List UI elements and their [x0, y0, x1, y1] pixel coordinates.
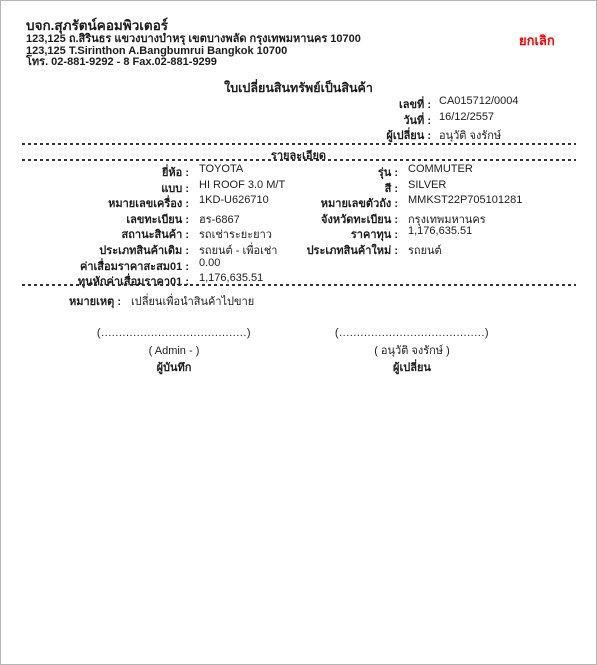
- doc-changer-label: ผู้เปลี่ยน :: [1, 126, 431, 144]
- net-book-value-label: ทุนหักค่าเสื่อมราคา01 :: [1, 272, 189, 290]
- remark-label: หมายเหตุ :: [1, 292, 121, 310]
- signature-name: ( อนุวัติ จงรักษ์ ): [327, 342, 497, 360]
- company-phone-fax: โทร. 02-881-9292 - 8 Fax.02-881-9299: [26, 57, 217, 69]
- details-section-header: รายละเอียด: [1, 146, 596, 164]
- remark-value: เปลี่ยนเพื่อนำสินค้าไปขาย: [131, 292, 254, 310]
- details-grid: ยี่ห้อ : TOYOTA รุ่น : COMMUTER แบบ : HI…: [1, 163, 596, 288]
- table-row: เลขทะเบียน : ฮร-6867 จังหวัดทะเบียน : กร…: [1, 210, 596, 226]
- doc-date-value: 16/12/2557: [439, 111, 494, 123]
- cancelled-stamp: ยกเลิก: [519, 30, 555, 51]
- doc-number-row: เลขที่ : CA015712/0004: [1, 95, 596, 111]
- table-row: ค่าเสื่อมราคาสะสม01 : 0.00: [1, 257, 596, 273]
- signature-recorder: (.......................................…: [89, 324, 259, 377]
- dashed-separator-top: [22, 143, 576, 145]
- chassis-number-value: MMKST22P705101281: [408, 194, 522, 206]
- signature-role: ผู้เปลี่ยน: [327, 360, 497, 377]
- remark-row: หมายเหตุ : เปลี่ยนเพื่อนำสินค้าไปขาย: [1, 292, 596, 308]
- cost-price-value: 1,176,635.51: [408, 225, 472, 237]
- signature-name: ( Admin - ): [89, 342, 259, 360]
- doc-changer-value: อนุวัติ จงรักษ์: [439, 126, 501, 144]
- signature-dotted-line: (.......................................…: [327, 324, 497, 342]
- model-value: COMMUTER: [408, 163, 473, 175]
- table-row: สถานะสินค้า : รถเช่าระยะยาว ราคาทุน : 1,…: [1, 225, 596, 241]
- dashed-separator-remark: [22, 284, 576, 286]
- signature-dotted-line: (.......................................…: [89, 324, 259, 342]
- doc-date-row: วันที่ : 16/12/2557: [1, 111, 596, 127]
- signature-changer: (.......................................…: [327, 324, 497, 377]
- document-page: บจก.สุภรัตน์คอมพิวเตอร์ 123,125 ถ.สิรินธ…: [0, 0, 597, 665]
- table-row: ยี่ห้อ : TOYOTA รุ่น : COMMUTER: [1, 163, 596, 179]
- document-info-block: เลขที่ : CA015712/0004 วันที่ : 16/12/25…: [1, 95, 596, 142]
- table-row: หมายเลขเครื่อง : 1KD-U626710 หมายเลขตัวถ…: [1, 194, 596, 210]
- signature-role: ผู้บันทึก: [89, 360, 259, 377]
- net-book-value-value: 1,176,635.51: [199, 272, 263, 284]
- doc-number-value: CA015712/0004: [439, 95, 519, 107]
- color-value: SILVER: [408, 179, 446, 191]
- doc-changer-row: ผู้เปลี่ยน : อนุวัติ จงรักษ์: [1, 126, 596, 142]
- table-row: ประเภทสินค้าเดิม : รถยนต์ - เพื่อเช่า ปร…: [1, 241, 596, 257]
- company-address-thai: 123,125 ถ.สิรินธร แขวงบางบำหรุ เขตบางพลั…: [26, 34, 361, 46]
- dashed-separator-bottom: [22, 159, 576, 161]
- accum-depreciation-value: 0.00: [199, 257, 220, 269]
- table-row: แบบ : HI ROOF 3.0 M/T สี : SILVER: [1, 179, 596, 195]
